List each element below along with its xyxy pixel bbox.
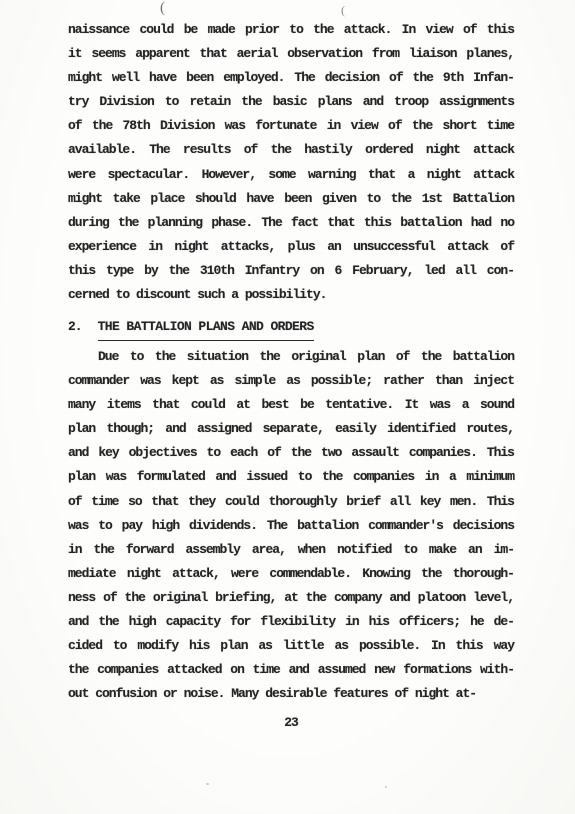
text-line: was to pay high dividends. The battalion… — [68, 514, 514, 538]
text-line: and key objectives to each of the two as… — [68, 441, 514, 465]
section-heading-title: THE BATTALION PLANS AND ORDERS — [98, 315, 314, 341]
text-line: of time so that they could thoroughly br… — [68, 490, 514, 514]
text-line: ness of the original briefing, at the co… — [68, 586, 514, 610]
text-line: Due to the situation the original plan o… — [68, 345, 514, 369]
text-line: and the high capacity for flexibility in… — [68, 610, 514, 634]
text-line: cerned to discount such a possibility. — [68, 283, 514, 307]
stray-paren-mark-right: ( — [341, 3, 345, 18]
stray-paren-mark-left: ( — [160, 0, 165, 17]
text-line: available. The results of the hastily or… — [68, 138, 514, 162]
text-line: cided to modify his plan as little as po… — [68, 634, 514, 658]
text-line: were spectacular. However, some warning … — [68, 163, 514, 187]
paragraph-1: naissance could be made prior to the att… — [68, 18, 514, 307]
text-line: naissance could be made prior to the att… — [68, 18, 514, 42]
text-line: of the 78th Division was fortunate in vi… — [68, 114, 514, 138]
text-line: might take place should have been given … — [68, 187, 514, 211]
text-line: plan though; and assigned separate, easi… — [68, 417, 514, 441]
page-number: 23 — [68, 715, 514, 730]
text-line: the companies attacked on time and assum… — [68, 658, 514, 682]
text-line: it seems apparent that aerial observatio… — [68, 42, 514, 66]
text-line: might well have been employed. The decis… — [68, 66, 514, 90]
scan-speck — [206, 783, 209, 785]
text-line: try Division to retain the basic plans a… — [68, 90, 514, 114]
scan-speck — [385, 786, 387, 788]
section-heading-number: 2. — [68, 315, 82, 339]
text-line: out confusion or noise. Many desirable f… — [68, 682, 514, 706]
text-line: commander was kept as simple as possible… — [68, 369, 514, 393]
text-line: experience in night attacks, plus an uns… — [68, 235, 514, 259]
text-line: mediate night attack, were commendable. … — [68, 562, 514, 586]
text-line: many items that could at best be tentati… — [68, 393, 514, 417]
scanned-document-page: ( ( naissance could be made prior to the… — [0, 0, 575, 814]
section-heading: 2.THE BATTALION PLANS AND ORDERS — [68, 315, 314, 343]
text-line: this type by the 310th Infantry on 6 Feb… — [68, 259, 514, 283]
text-line: during the planning phase. The fact that… — [68, 211, 514, 235]
paragraph-2: Due to the situation the original plan o… — [68, 345, 514, 706]
text-line: plan was formulated and issued to the co… — [68, 465, 514, 489]
text-line: in the forward assembly area, when notif… — [68, 538, 514, 562]
